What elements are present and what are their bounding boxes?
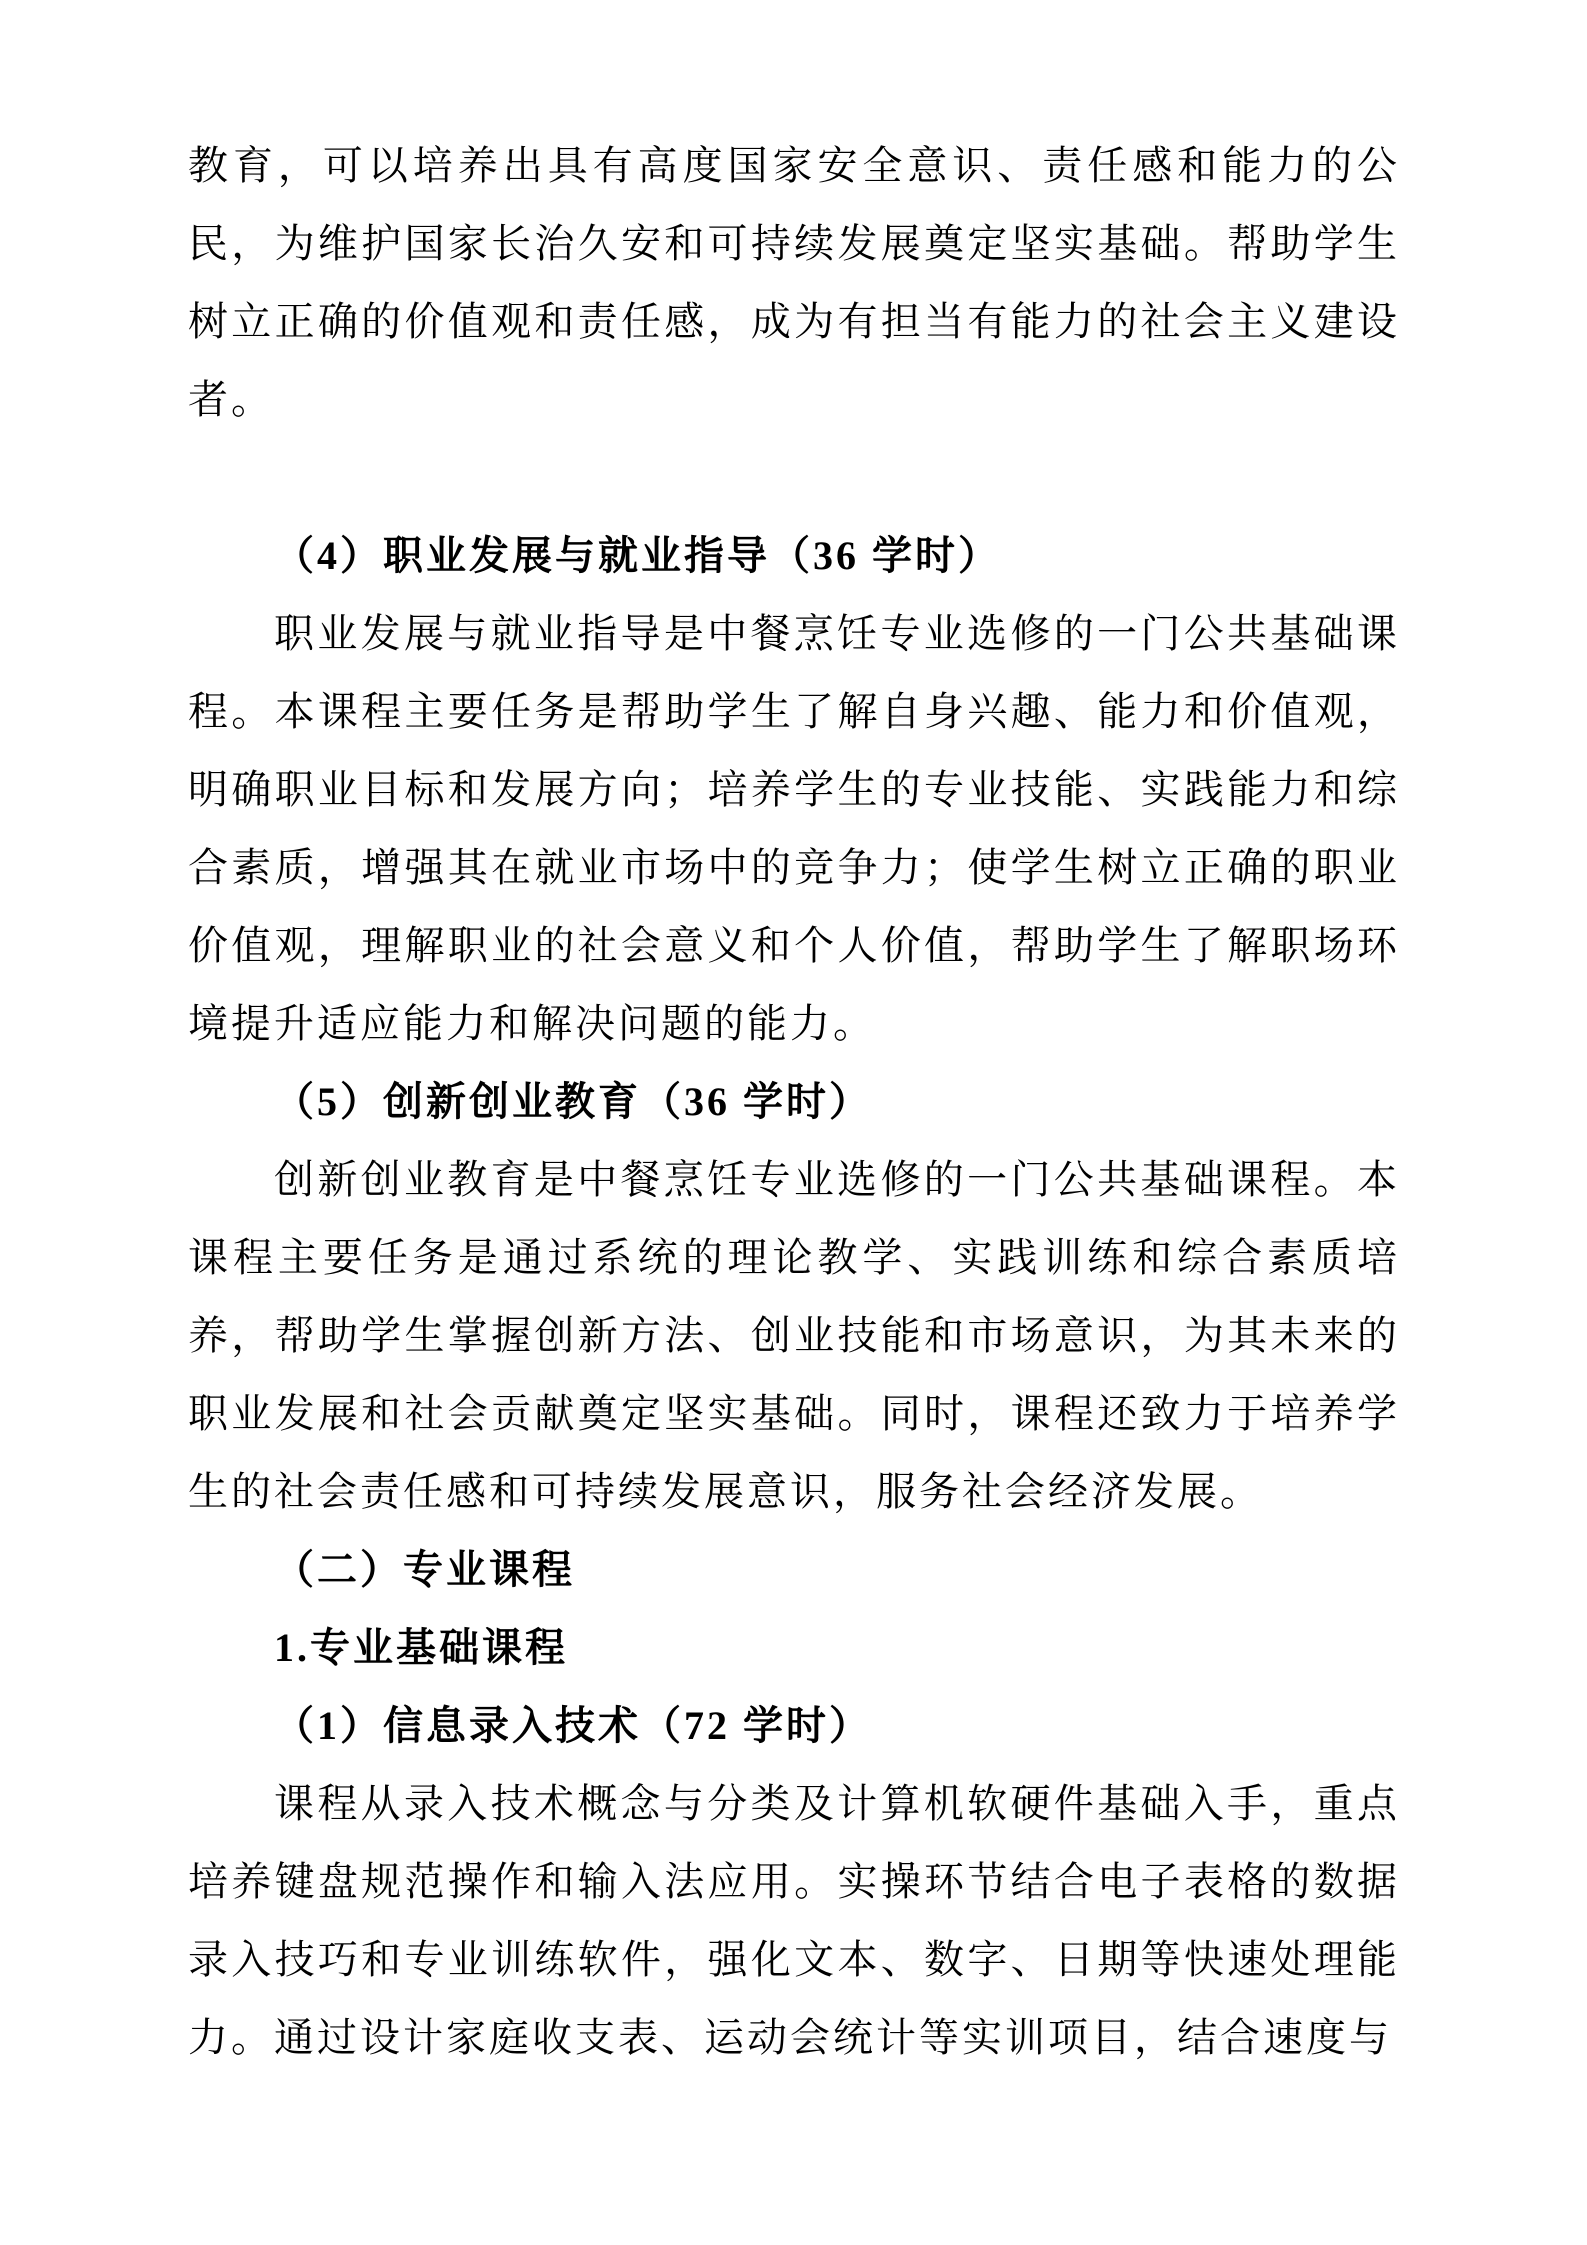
document-paragraph: 职业发展与就业指导是中餐烹饪专业选修的一门公共基础课程。本课程主要任务是帮助学生…: [188, 595, 1400, 1063]
document-body: 教育，可以培养出具有高度国家安全意识、责任感和能力的公民，为维护国家长治久安和可…: [188, 127, 1400, 2077]
document-paragraph: 教育，可以培养出具有高度国家安全意识、责任感和能力的公民，为维护国家长治久安和可…: [188, 127, 1400, 439]
document-paragraph: 课程从录入技术概念与分类及计算机软硬件基础入手，重点培养键盘规范操作和输入法应用…: [188, 1765, 1400, 2077]
document-heading: （二）专业课程: [188, 1531, 1400, 1609]
document-heading: 1.专业基础课程: [188, 1609, 1400, 1687]
document-paragraph: 创新创业教育是中餐烹饪专业选修的一门公共基础课程。本课程主要任务是通过系统的理论…: [188, 1141, 1400, 1531]
document-heading: （5）创新创业教育（36 学时）: [188, 1063, 1400, 1141]
document-heading: （1）信息录入技术（72 学时）: [188, 1687, 1400, 1765]
document-heading: （4）职业发展与就业指导（36 学时）: [188, 517, 1400, 595]
document-page: 教育，可以培养出具有高度国家安全意识、责任感和能力的公民，为维护国家长治久安和可…: [0, 0, 1587, 2245]
